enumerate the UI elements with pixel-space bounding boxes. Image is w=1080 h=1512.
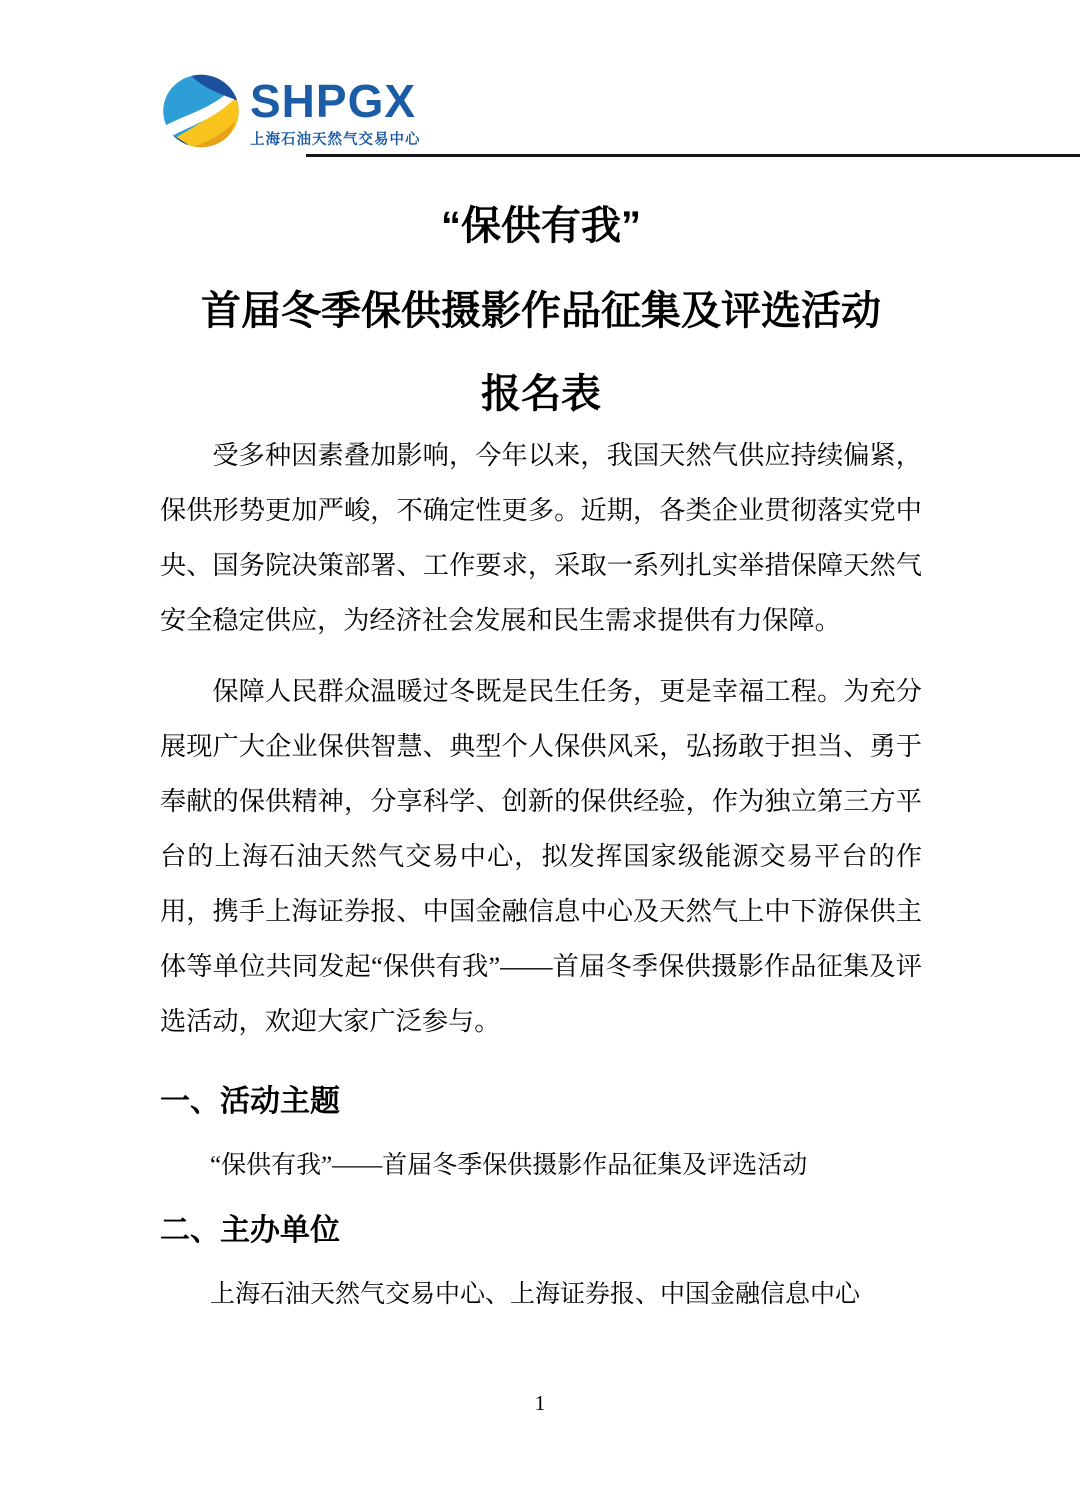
title-line-3: 报名表 (160, 374, 922, 414)
logo-text-block: SHPGX 上海石油天然气交易中心 (250, 74, 421, 149)
shpgx-logo: SHPGX 上海石油天然气交易中心 (162, 74, 1080, 149)
section-2-content: 上海石油天然气交易中心、上海证券报、中国金融信息中心 (160, 1282, 922, 1307)
logo-acronym: SHPGX (250, 78, 421, 124)
section-2-heading: 二、主办单位 (160, 1216, 922, 1246)
document-title: “保供有我” 首届冬季保供摄影作品征集及评选活动 报名表 (160, 206, 922, 414)
title-line-2: 首届冬季保供摄影作品征集及评选活动 (160, 291, 922, 331)
section-1-content: “保供有我”——首届冬季保供摄影作品征集及评选活动 (160, 1153, 922, 1178)
page-number: 1 (0, 1391, 1080, 1416)
paragraph-initiative: 保障人民群众温暖过冬既是民生任务，更是幸福工程。为充分展现广大企业保供智慧、典型… (160, 664, 922, 1049)
section-1-heading: 一、活动主题 (160, 1087, 922, 1117)
paragraph-intro: 受多种因素叠加影响，今年以来，我国天然气供应持续偏紧，保供形势更加严峻，不确定性… (160, 428, 922, 648)
document-body: “保供有我” 首届冬季保供摄影作品征集及评选活动 报名表 受多种因素叠加影响，今… (160, 206, 922, 1307)
document-page: SHPGX 上海石油天然气交易中心 “保供有我” 首届冬季保供摄影作品征集及评选… (0, 0, 1080, 1512)
title-line-1: “保供有我” (160, 206, 922, 246)
header-divider (306, 154, 1080, 157)
document-header: SHPGX 上海石油天然气交易中心 (0, 0, 1080, 157)
globe-swirl-logo-icon (162, 74, 240, 148)
logo-subtitle: 上海石油天然气交易中心 (250, 128, 421, 149)
